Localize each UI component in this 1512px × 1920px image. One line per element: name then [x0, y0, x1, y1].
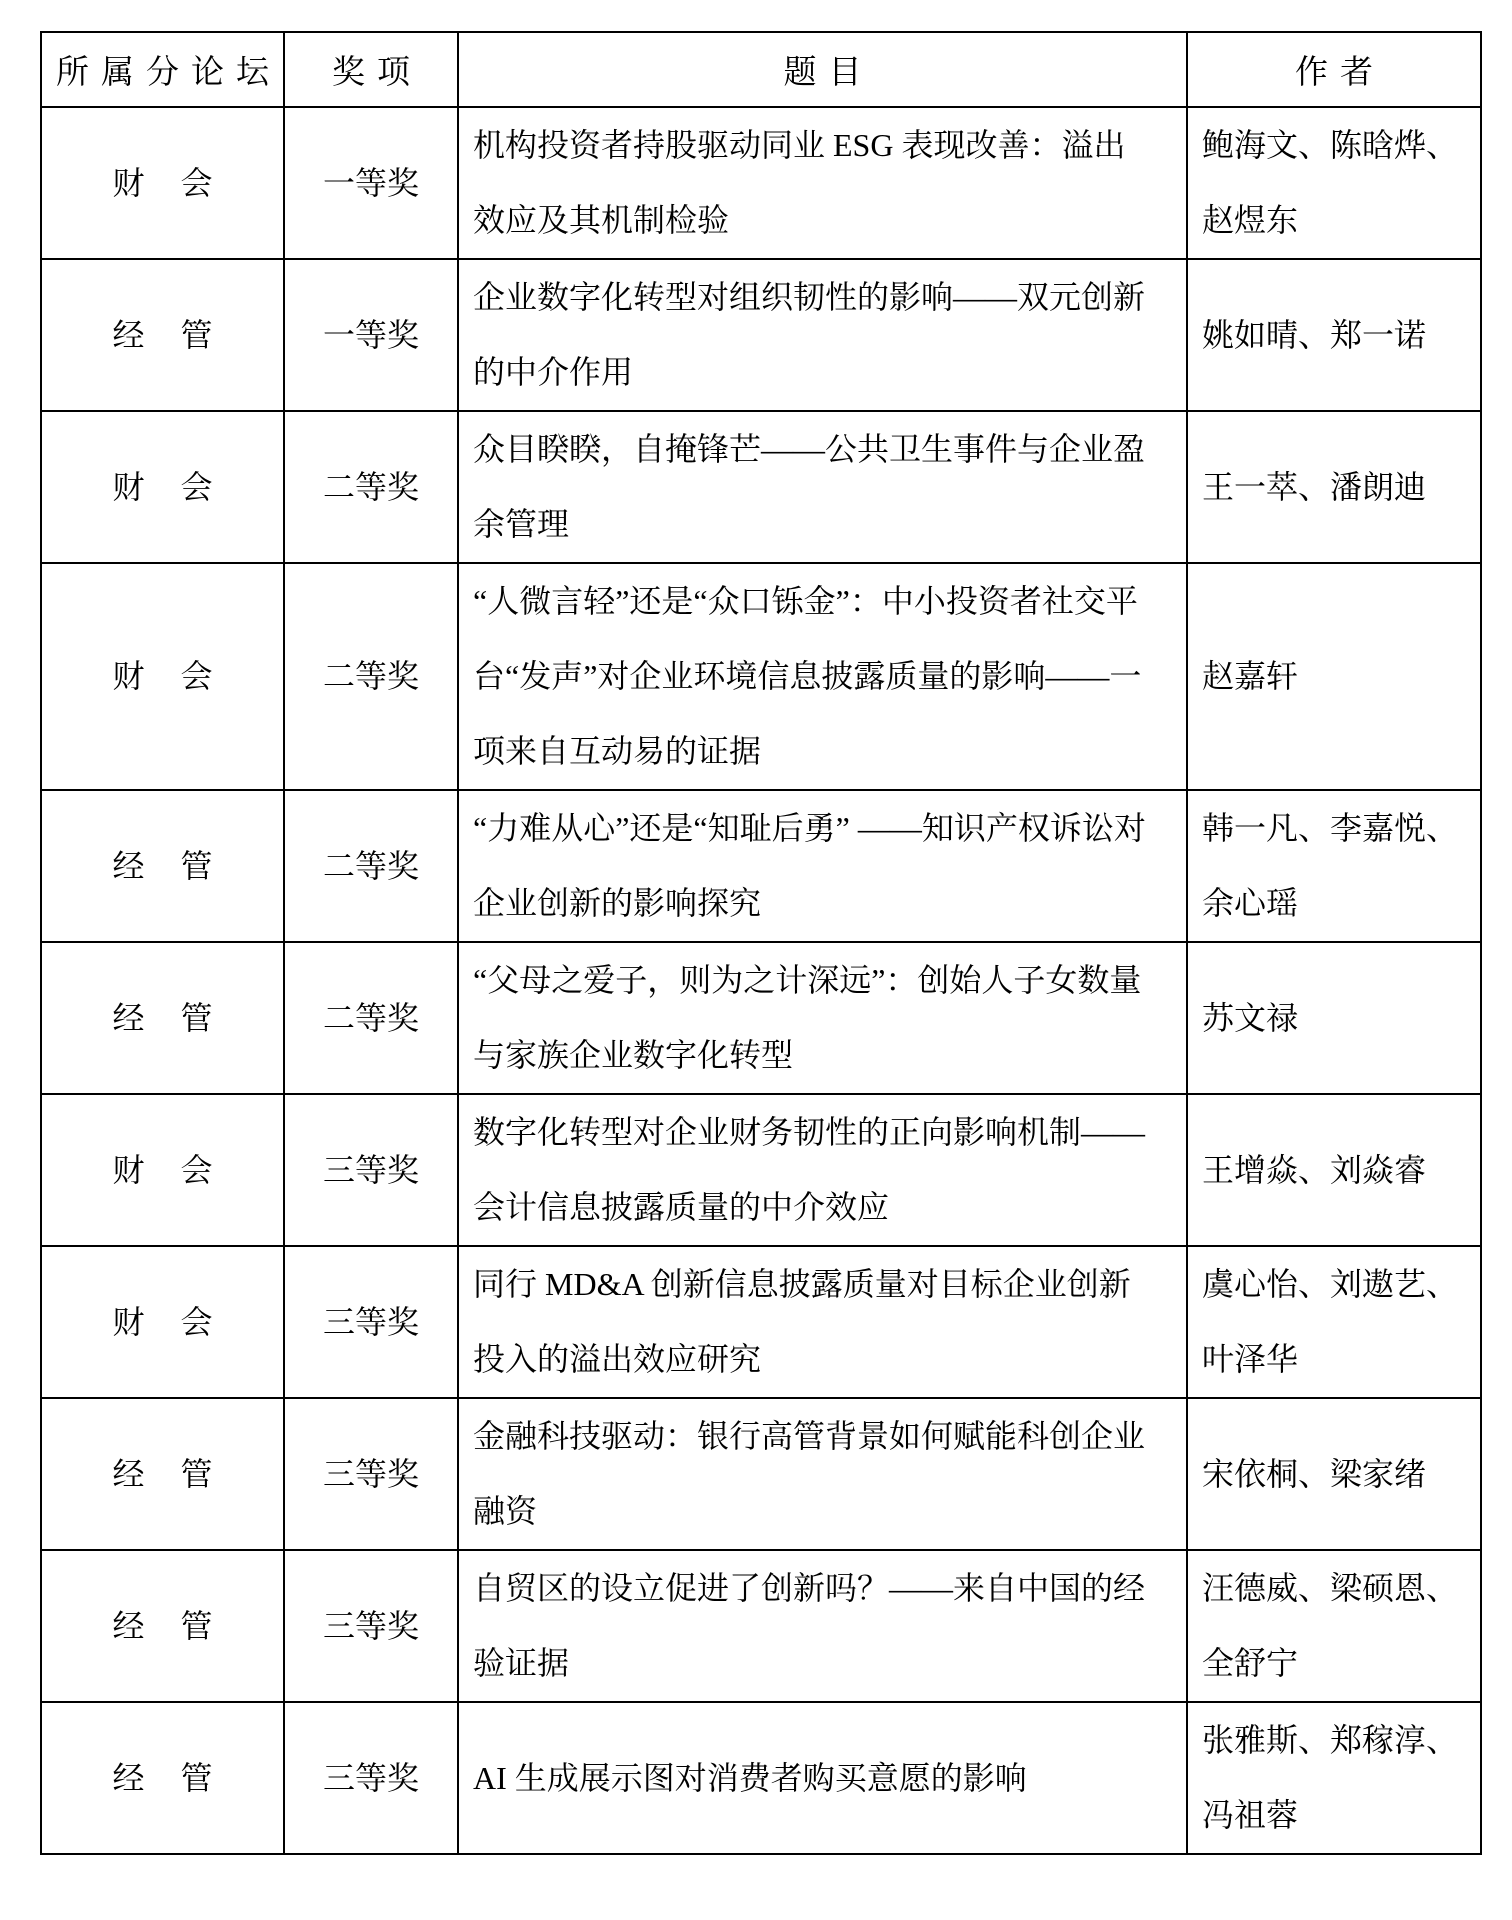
authors-cell: 王一萃、潘朗迪 [1187, 411, 1481, 563]
header-forum-label: 所属分论坛 [56, 55, 281, 91]
award-cell: 二等奖 [284, 411, 458, 563]
title-cell: 自贸区的设立促进了创新吗？——来自中国的经验证据 [458, 1550, 1187, 1702]
award-cell: 三等奖 [284, 1550, 458, 1702]
forum-value: 财会 [112, 165, 248, 201]
award-value: 一等奖 [323, 317, 419, 353]
header-title-label: 题目 [784, 55, 874, 91]
forum-value: 财会 [112, 469, 248, 505]
award-value: 一等奖 [323, 165, 419, 201]
authors-cell: 虞心怡、刘遨艺、叶泽华 [1187, 1246, 1481, 1398]
award-value: 三等奖 [323, 1760, 419, 1796]
authors-value: 宋依桐、梁家绪 [1202, 1456, 1426, 1492]
forum-value: 财会 [112, 658, 248, 694]
title-value: 数字化转型对企业财务韧性的正向影响机制——会计信息披露质量的中介效应 [473, 1114, 1145, 1225]
authors-value: 姚如晴、郑一诺 [1202, 317, 1426, 353]
title-value: 企业数字化转型对组织韧性的影响——双元创新的中介作用 [473, 279, 1145, 390]
table-row: 经管 三等奖 金融科技驱动：银行高管背景如何赋能科创企业融资 宋依桐、梁家绪 [41, 1398, 1481, 1550]
forum-cell: 经管 [41, 1702, 284, 1854]
forum-value: 经管 [112, 1000, 248, 1036]
header-title: 题目 [458, 32, 1187, 107]
forum-cell: 财会 [41, 1246, 284, 1398]
table-row: 财会 三等奖 同行 MD&A 创新信息披露质量对目标企业创新投入的溢出效应研究 … [41, 1246, 1481, 1398]
award-cell: 二等奖 [284, 790, 458, 942]
authors-value: 王增焱、刘焱睿 [1202, 1152, 1426, 1188]
authors-cell: 姚如晴、郑一诺 [1187, 259, 1481, 411]
table-row: 财会 一等奖 机构投资者持股驱动同业 ESG 表现改善：溢出效应及其机制检验 鲍… [41, 107, 1481, 259]
award-cell: 三等奖 [284, 1702, 458, 1854]
forum-cell: 财会 [41, 1094, 284, 1246]
authors-value: 虞心怡、刘遨艺、叶泽华 [1202, 1266, 1458, 1377]
authors-value: 鲍海文、陈晗烨、赵煜东 [1202, 127, 1458, 238]
title-cell: 金融科技驱动：银行高管背景如何赋能科创企业融资 [458, 1398, 1187, 1550]
award-cell: 一等奖 [284, 259, 458, 411]
authors-value: 张雅斯、郑稼淳、冯祖蓉 [1202, 1722, 1458, 1833]
award-cell: 三等奖 [284, 1398, 458, 1550]
forum-cell: 经管 [41, 1550, 284, 1702]
forum-value: 财会 [112, 1304, 248, 1340]
forum-cell: 财会 [41, 411, 284, 563]
table-row: 经管 二等奖 “父母之爱子，则为之计深远”：创始人子女数量与家族企业数字化转型 … [41, 942, 1481, 1094]
award-value: 二等奖 [323, 469, 419, 505]
award-value: 三等奖 [323, 1456, 419, 1492]
award-cell: 三等奖 [284, 1246, 458, 1398]
table-row: 经管 二等奖 “力难从心”还是“知耻后勇” ——知识产权诉讼对企业创新的影响探究… [41, 790, 1481, 942]
header-row: 所属分论坛 奖项 题目 作者 [41, 32, 1481, 107]
header-award: 奖项 [284, 32, 458, 107]
award-value: 三等奖 [323, 1152, 419, 1188]
title-cell: “人微言轻”还是“众口铄金”：中小投资者社交平台“发声”对企业环境信息披露质量的… [458, 563, 1187, 790]
authors-cell: 赵嘉轩 [1187, 563, 1481, 790]
title-value: 金融科技驱动：银行高管背景如何赋能科创企业融资 [473, 1418, 1145, 1529]
forum-cell: 财会 [41, 563, 284, 790]
document-page: 所属分论坛 奖项 题目 作者 财会 一等奖 机构投资者持股驱动同业 ESG 表现… [0, 0, 1512, 1920]
authors-value: 苏文禄 [1202, 1000, 1298, 1036]
header-forum: 所属分论坛 [41, 32, 284, 107]
authors-cell: 张雅斯、郑稼淳、冯祖蓉 [1187, 1702, 1481, 1854]
table-row: 财会 二等奖 “人微言轻”还是“众口铄金”：中小投资者社交平台“发声”对企业环境… [41, 563, 1481, 790]
award-cell: 二等奖 [284, 942, 458, 1094]
title-value: AI 生成展示图对消费者购买意愿的影响 [473, 1760, 1027, 1796]
title-value: 自贸区的设立促进了创新吗？——来自中国的经验证据 [473, 1570, 1145, 1681]
forum-cell: 经管 [41, 259, 284, 411]
title-cell: 同行 MD&A 创新信息披露质量对目标企业创新投入的溢出效应研究 [458, 1246, 1187, 1398]
header-authors: 作者 [1187, 32, 1481, 107]
forum-value: 财会 [112, 1152, 248, 1188]
title-value: 同行 MD&A 创新信息披露质量对目标企业创新投入的溢出效应研究 [473, 1266, 1131, 1377]
title-cell: “父母之爱子，则为之计深远”：创始人子女数量与家族企业数字化转型 [458, 942, 1187, 1094]
forum-cell: 经管 [41, 1398, 284, 1550]
table-row: 经管 三等奖 自贸区的设立促进了创新吗？——来自中国的经验证据 汪德威、梁硕恩、… [41, 1550, 1481, 1702]
title-value: “父母之爱子，则为之计深远”：创始人子女数量与家族企业数字化转型 [473, 962, 1141, 1073]
title-value: “人微言轻”还是“众口铄金”：中小投资者社交平台“发声”对企业环境信息披露质量的… [473, 583, 1141, 769]
authors-cell: 汪德威、梁硕恩、全舒宁 [1187, 1550, 1481, 1702]
award-value: 三等奖 [323, 1304, 419, 1340]
authors-value: 韩一凡、李嘉悦、余心瑶 [1202, 810, 1458, 921]
title-cell: “力难从心”还是“知耻后勇” ——知识产权诉讼对企业创新的影响探究 [458, 790, 1187, 942]
header-award-label: 奖项 [332, 55, 422, 91]
authors-value: 王一萃、潘朗迪 [1202, 469, 1426, 505]
authors-cell: 王增焱、刘焱睿 [1187, 1094, 1481, 1246]
award-cell: 一等奖 [284, 107, 458, 259]
award-cell: 二等奖 [284, 563, 458, 790]
award-cell: 三等奖 [284, 1094, 458, 1246]
awards-table: 所属分论坛 奖项 题目 作者 财会 一等奖 机构投资者持股驱动同业 ESG 表现… [40, 31, 1482, 1855]
title-value: “力难从心”还是“知耻后勇” ——知识产权诉讼对企业创新的影响探究 [473, 810, 1146, 921]
forum-cell: 经管 [41, 942, 284, 1094]
forum-value: 经管 [112, 848, 248, 884]
title-cell: 机构投资者持股驱动同业 ESG 表现改善：溢出效应及其机制检验 [458, 107, 1187, 259]
authors-cell: 鲍海文、陈晗烨、赵煜东 [1187, 107, 1481, 259]
title-value: 众目睽睽，自掩锋芒——公共卫生事件与企业盈余管理 [473, 431, 1145, 542]
forum-value: 经管 [112, 317, 248, 353]
table-row: 财会 二等奖 众目睽睽，自掩锋芒——公共卫生事件与企业盈余管理 王一萃、潘朗迪 [41, 411, 1481, 563]
award-value: 二等奖 [323, 1000, 419, 1036]
authors-cell: 宋依桐、梁家绪 [1187, 1398, 1481, 1550]
title-cell: 数字化转型对企业财务韧性的正向影响机制——会计信息披露质量的中介效应 [458, 1094, 1187, 1246]
title-value: 机构投资者持股驱动同业 ESG 表现改善：溢出效应及其机制检验 [473, 127, 1125, 238]
title-cell: 众目睽睽，自掩锋芒——公共卫生事件与企业盈余管理 [458, 411, 1187, 563]
award-value: 二等奖 [323, 848, 419, 884]
forum-cell: 经管 [41, 790, 284, 942]
authors-cell: 韩一凡、李嘉悦、余心瑶 [1187, 790, 1481, 942]
award-value: 三等奖 [323, 1608, 419, 1644]
table-row: 财会 三等奖 数字化转型对企业财务韧性的正向影响机制——会计信息披露质量的中介效… [41, 1094, 1481, 1246]
forum-value: 经管 [112, 1608, 248, 1644]
forum-cell: 财会 [41, 107, 284, 259]
authors-value: 赵嘉轩 [1202, 658, 1298, 694]
forum-value: 经管 [112, 1456, 248, 1492]
header-authors-label: 作者 [1295, 55, 1385, 91]
table-row: 经管 一等奖 企业数字化转型对组织韧性的影响——双元创新的中介作用 姚如晴、郑一… [41, 259, 1481, 411]
award-value: 二等奖 [323, 658, 419, 694]
title-cell: 企业数字化转型对组织韧性的影响——双元创新的中介作用 [458, 259, 1187, 411]
forum-value: 经管 [112, 1760, 248, 1796]
authors-cell: 苏文禄 [1187, 942, 1481, 1094]
title-cell: AI 生成展示图对消费者购买意愿的影响 [458, 1702, 1187, 1854]
table-row: 经管 三等奖 AI 生成展示图对消费者购买意愿的影响 张雅斯、郑稼淳、冯祖蓉 [41, 1702, 1481, 1854]
table-body: 财会 一等奖 机构投资者持股驱动同业 ESG 表现改善：溢出效应及其机制检验 鲍… [41, 107, 1481, 1854]
authors-value: 汪德威、梁硕恩、全舒宁 [1202, 1570, 1458, 1681]
